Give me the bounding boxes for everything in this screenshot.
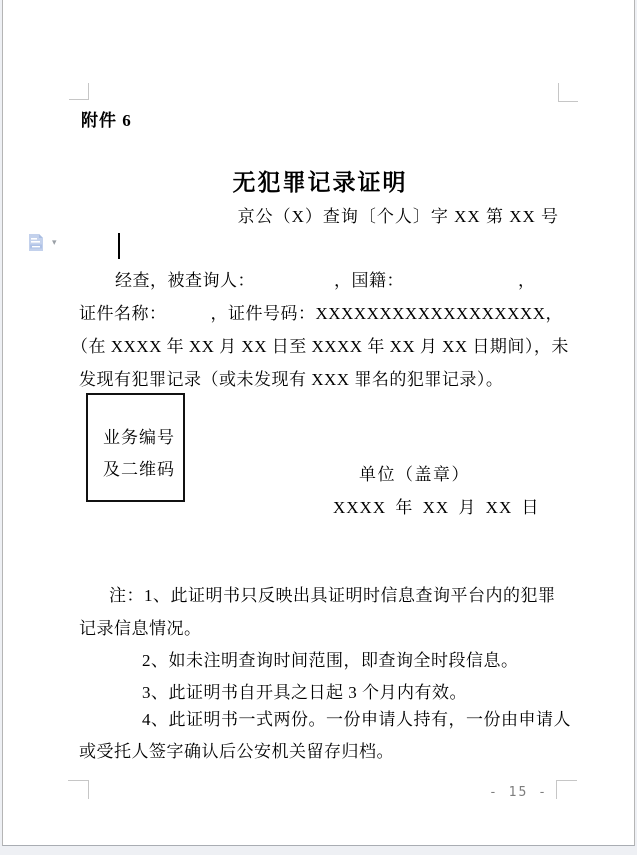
note-line[interactable]: 或受托人签字确认后公安机关留存归档。 [79, 742, 394, 762]
page-number: - 15 - [489, 785, 548, 800]
paste-options-button[interactable]: ▾ [27, 232, 63, 256]
note-line[interactable]: 3、此证明书自开具之日起 3 个月内有效。 [142, 683, 467, 703]
unit-seal-label[interactable]: 单位（盖章） [359, 460, 470, 485]
crop-mark-bottom-left [68, 780, 89, 799]
attachment-label[interactable]: 附件 6 [81, 106, 132, 131]
body-line[interactable]: 证件名称： ，证件号码：XXXXXXXXXXXXXXXXXX， [79, 304, 563, 324]
qr-box-label-line2: 及二维码 [103, 454, 175, 486]
dropdown-arrow-icon[interactable]: ▾ [52, 239, 57, 248]
note-line[interactable]: 2、如未注明查询时间范围，即查询全时段信息。 [142, 651, 519, 671]
signature-date[interactable]: XXXX 年 XX 月 XX 日 [333, 493, 539, 518]
document-number[interactable]: 京公（X）查询〔个人〕字 XX 第 XX 号 [238, 202, 559, 227]
note-line[interactable]: 记录信息情况。 [79, 619, 202, 639]
crop-mark-bottom-right [556, 780, 577, 799]
note-line[interactable]: 4、此证明书一式两份。一份申请人持有，一份由申请人 [142, 710, 571, 730]
body-line[interactable]: 发现有犯罪记录（或未发现有 XXX 罪名的犯罪记录）。 [79, 370, 503, 390]
qr-box-label-line1: 业务编号 [103, 422, 175, 454]
body-line[interactable]: （在 XXXX 年 XX 月 XX 日至 XXXX 年 XX 月 XX 日期间）… [71, 337, 569, 357]
crop-mark-top-right [558, 83, 578, 102]
document-page: ▾ 附件 6 无犯罪记录证明 京公（X）查询〔个人〕字 XX 第 XX 号 经查… [2, 0, 635, 846]
word-document-canvas: { "document": { "attachment_label": "附件 … [0, 0, 637, 855]
body-line[interactable]: 经查，被查询人： ，国籍： ， [115, 271, 536, 291]
qr-code-box: 业务编号 及二维码 [86, 393, 185, 502]
text-cursor [118, 233, 120, 259]
note-line[interactable]: 注：1、此证明书只反映出具证明时信息查询平台内的犯罪 [109, 586, 556, 606]
paste-options-icon[interactable] [27, 232, 63, 254]
crop-mark-top-left [69, 83, 89, 100]
document-title[interactable]: 无犯罪记录证明 [81, 164, 559, 197]
